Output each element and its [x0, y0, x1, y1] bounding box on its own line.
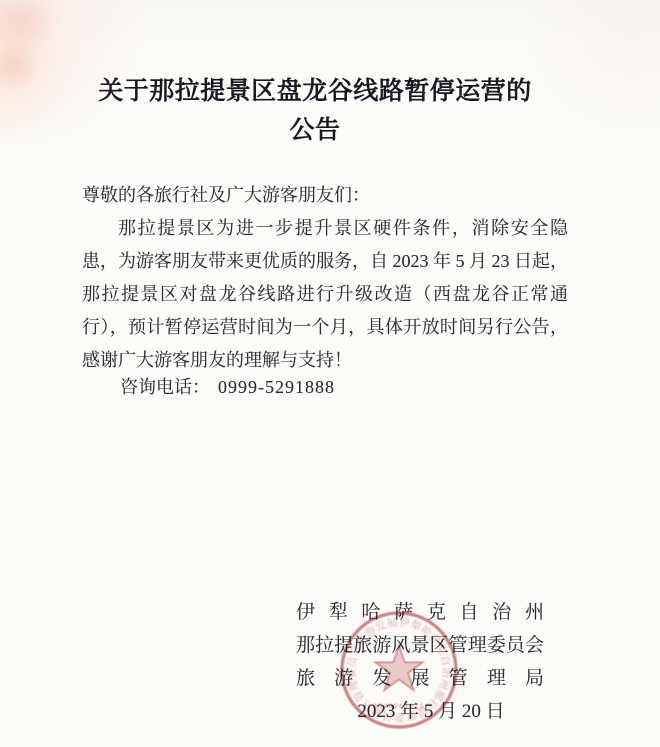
- contact-label: 咨询电话：: [120, 377, 210, 397]
- paragraph-line: 患，为游客朋友带来更优质的服务，自 2023 年 5 月 23 日起，: [82, 245, 568, 278]
- paragraph-line: 行），预计暂停运营时间为一个月，具体开放时间另行公告，: [82, 311, 568, 344]
- salutation: 尊敬的各旅行社及广大游客朋友们：: [82, 179, 582, 212]
- announcement-document: 关于那拉提景区盘龙谷线路暂停运营的 公告 尊敬的各旅行社及广大游客朋友们： 那拉…: [0, 0, 660, 747]
- body-paragraph: 那拉提景区为进一步提升景区硬件条件，消除安全隐 患，为游客朋友带来更优质的服务，…: [82, 212, 568, 377]
- title-line-2: 公告: [0, 111, 630, 150]
- signature-org-line-2: 那拉提旅游风景区管理委员会: [296, 629, 544, 662]
- contact-line: 咨询电话：0999-5291888: [120, 371, 335, 404]
- signature-date: 2023 年 5 月 20 日: [296, 695, 544, 728]
- paragraph-line: 那拉提景区对盘龙谷线路进行升级改造（西盘龙谷正常通: [82, 278, 568, 311]
- title-line-1: 关于那拉提景区盘龙谷线路暂停运营的: [0, 72, 630, 111]
- document-title: 关于那拉提景区盘龙谷线路暂停运营的 公告: [0, 72, 630, 150]
- signature-block: 伊 犁 哈 萨 克 自 治 州 那拉提旅游风景区管理委员会 旅 游 发 展 管 …: [296, 596, 544, 728]
- signature-org-line-1: 伊 犁 哈 萨 克 自 治 州: [296, 596, 544, 629]
- contact-phone: 0999-5291888: [218, 377, 335, 397]
- signature-org-line-3: 旅 游 发 展 管 理 局: [296, 662, 544, 695]
- scan-smudge-top-left: [0, 0, 60, 56]
- paragraph-line: 那拉提景区为进一步提升景区硬件条件，消除安全隐: [82, 212, 568, 245]
